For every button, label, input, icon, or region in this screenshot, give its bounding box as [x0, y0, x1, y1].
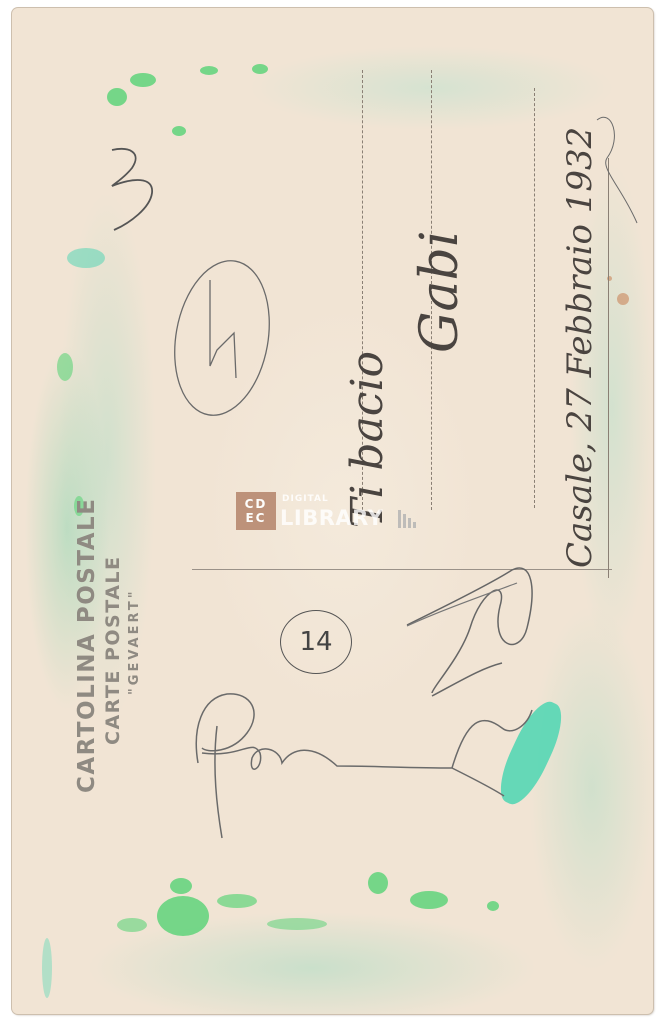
circled-number-14: 14: [280, 610, 352, 674]
watermark-text: DIGITAL LIBRARY: [280, 492, 430, 530]
cdec-logo: CD EC: [236, 492, 276, 530]
watermark-library: LIBRARY: [280, 506, 383, 530]
logo-line2: EC: [245, 511, 266, 525]
logo-line1: CD: [245, 497, 268, 511]
cdec-watermark: CD EC DIGITAL LIBRARY: [236, 492, 430, 530]
bar-chart-icon: [398, 510, 416, 528]
watermark-digital: DIGITAL: [282, 494, 329, 504]
